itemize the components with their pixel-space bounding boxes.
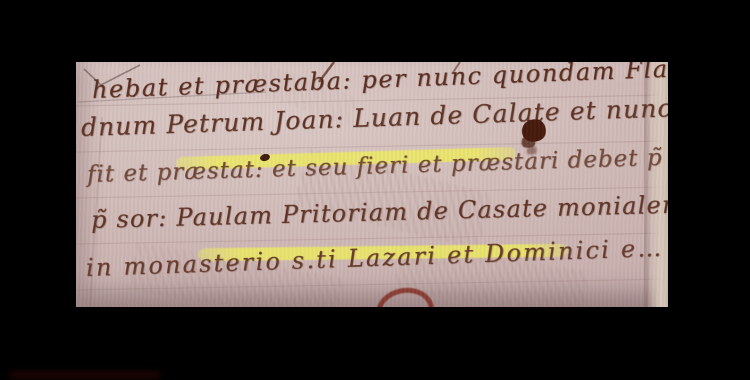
screenshot-root: hebat et præstaba: per nunc quondam Flag…	[0, 0, 750, 380]
manuscript-photo: hebat et præstaba: per nunc quondam Flag…	[76, 62, 668, 307]
frame-smear	[10, 371, 160, 379]
